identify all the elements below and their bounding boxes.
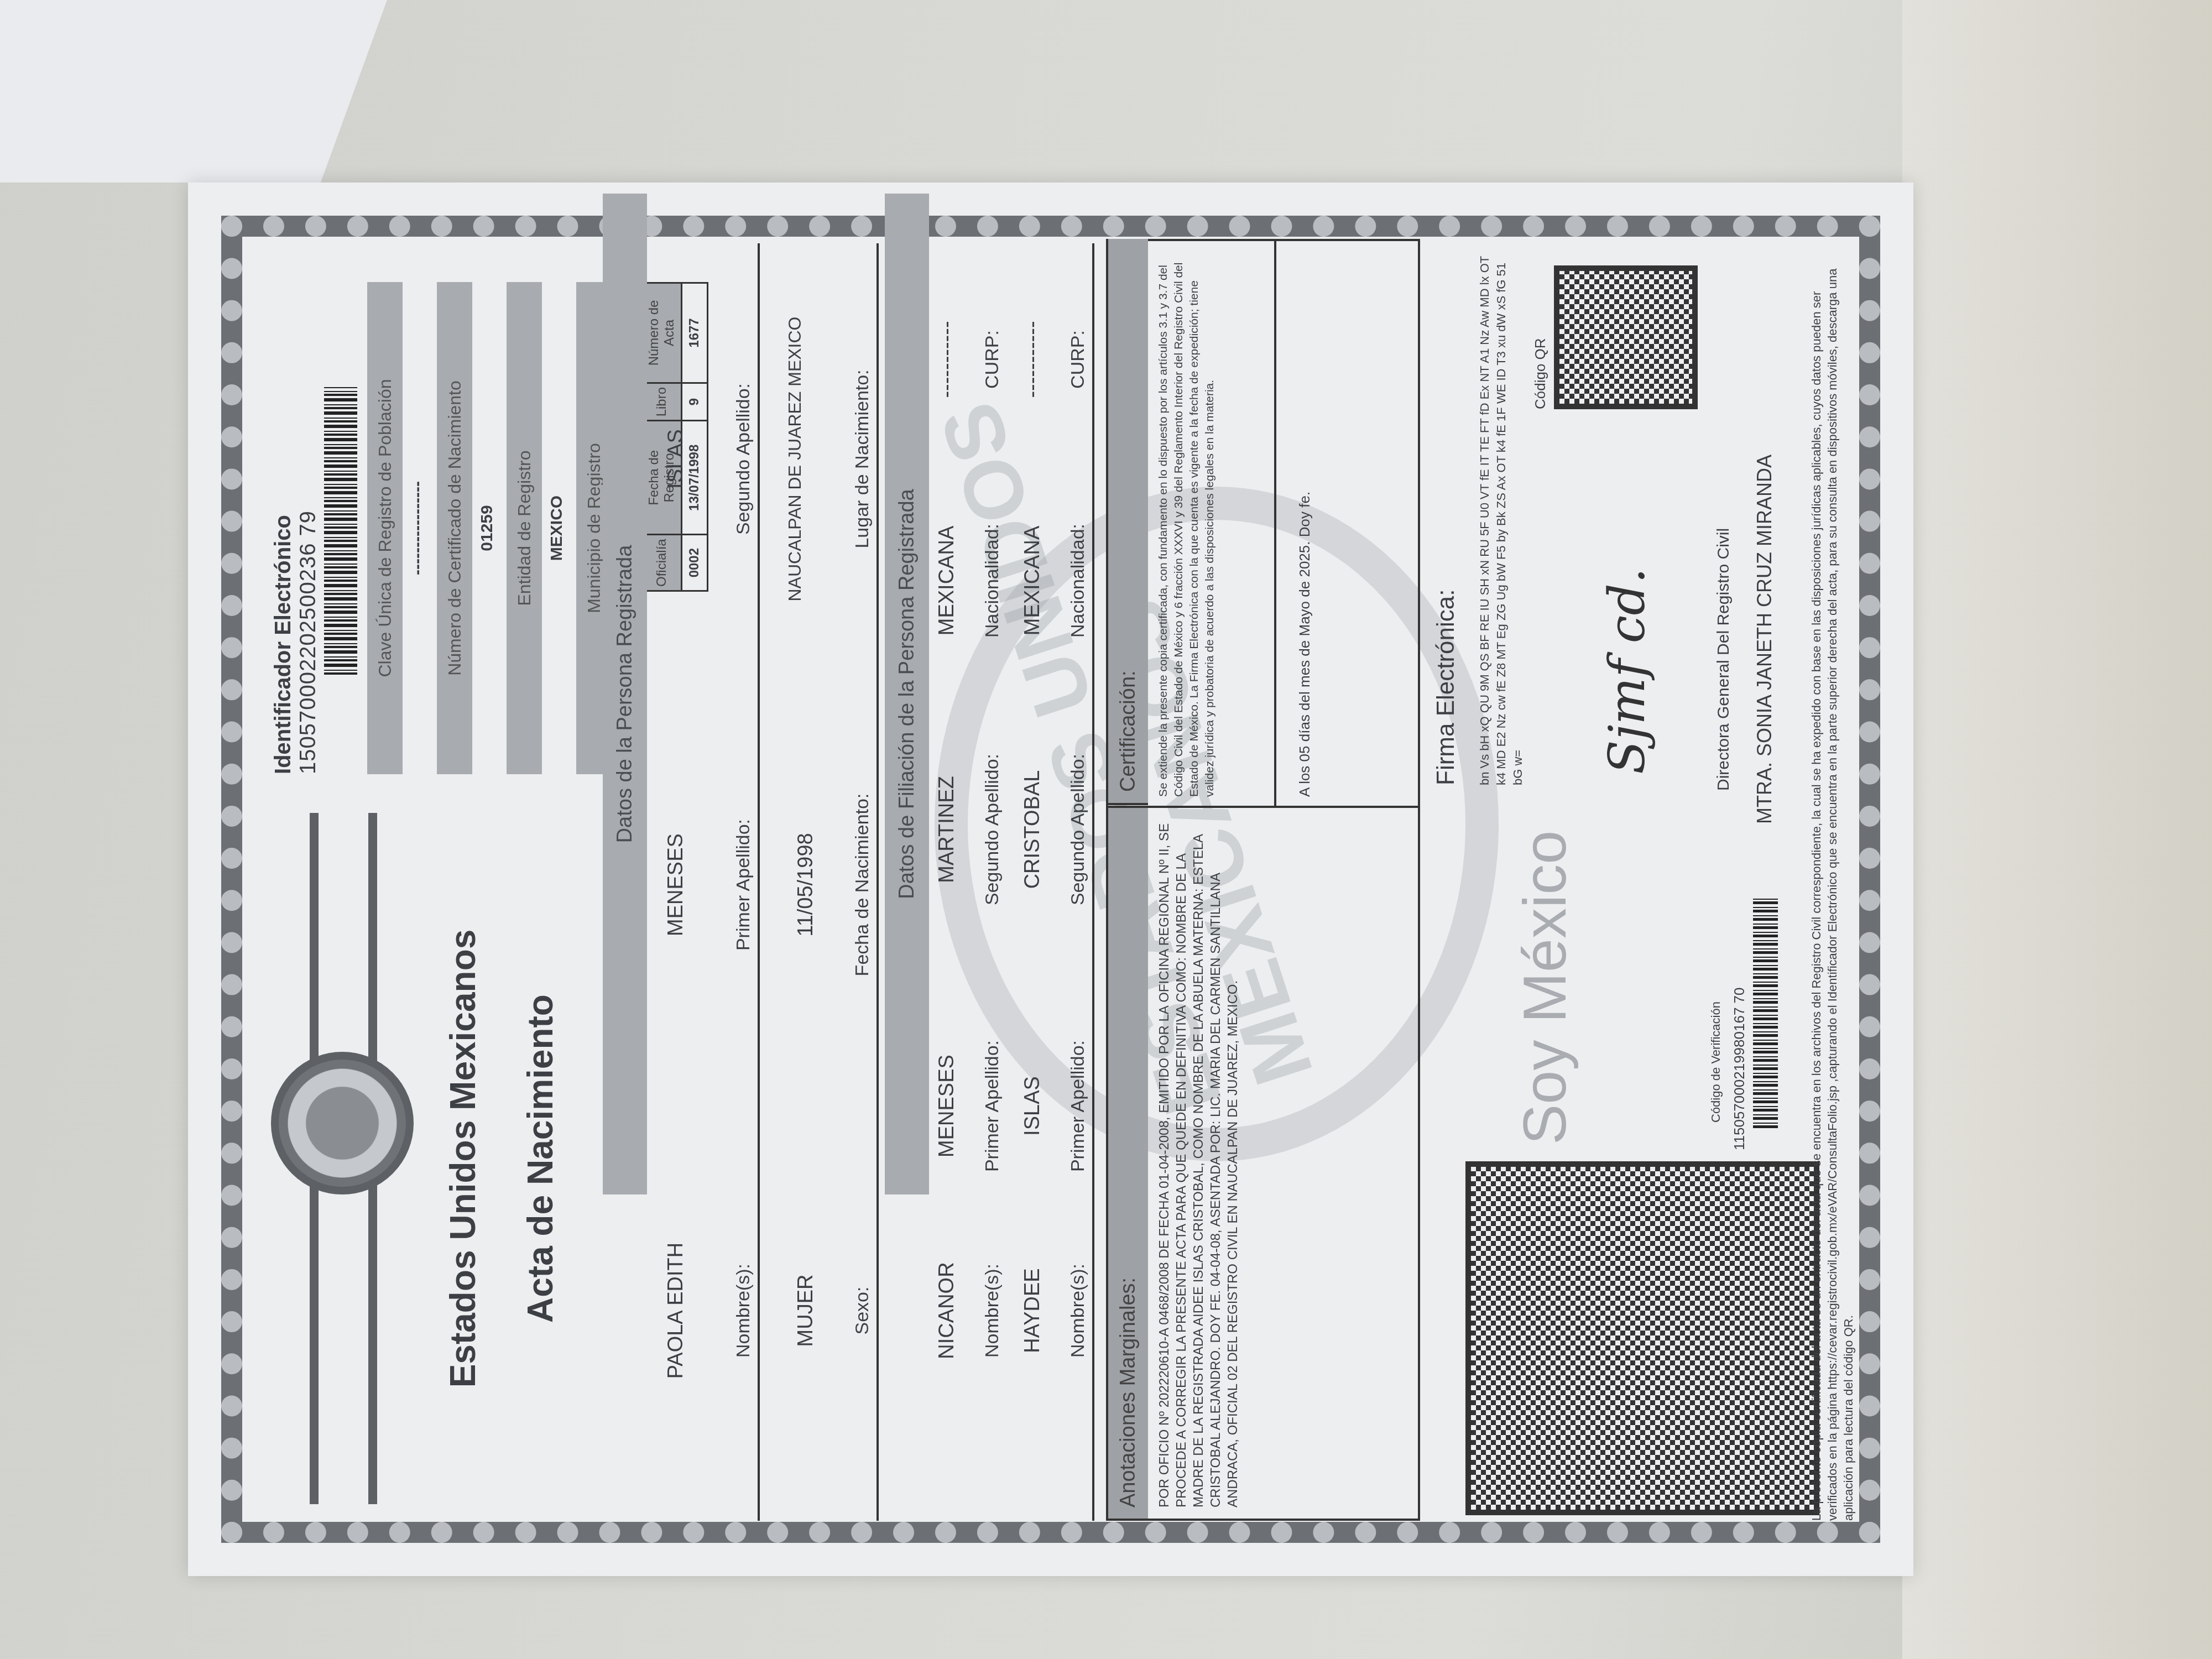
curp-label: Clave Única de Registro de Población [367, 282, 403, 774]
divider [1274, 241, 1276, 808]
madre-curp: ----------- [1020, 249, 1045, 470]
segundo-apellido-label: Segundo Apellido: [733, 249, 754, 669]
certificado-value: 01259 [478, 282, 497, 774]
identificador-label: Identificador Electrónico [271, 282, 296, 774]
madre-primer-apellido-label: Primer Apellido: [1067, 968, 1089, 1244]
certificado-label: Número de Certificado de Nacimiento [437, 282, 472, 774]
entidad-label: Entidad de Registro [507, 282, 542, 774]
persona-lugar-nacimiento: NAUCALPAN DE JUAREZ MEXICO [782, 249, 807, 669]
verificacion-label: Código de Verificación [1709, 1001, 1723, 1123]
primer-apellido-label: Primer Apellido: [733, 675, 754, 1095]
qr-code-small-icon [1554, 265, 1698, 409]
background-surface [1902, 0, 2212, 1659]
handwritten-signature: Sjmf cd. [1598, 498, 1687, 774]
qr-code-large-icon [1465, 1161, 1819, 1515]
certificacion-date: A los 05 días del mes de Mayo de 2025. D… [1296, 492, 1313, 797]
certificacion-label: Certificación: [1108, 239, 1148, 805]
background-paper-sheet [0, 0, 387, 182]
anotaciones-certificacion-box: Anotaciones Marginales: Certificación: P… [1106, 239, 1420, 1521]
firma-electronica-label: Firma Electrónica: [1432, 589, 1460, 785]
directora-title: Directora General Del Registro Civil [1714, 528, 1733, 791]
persona-section-header: Datos de la Persona Registrada [603, 194, 647, 1194]
persona-primer-apellido: MENESES [664, 675, 688, 1095]
barcode-icon [324, 387, 357, 675]
country-title: Estados Unidos Mexicanos [442, 813, 483, 1504]
madre-nacionalidad: MEXICANA [1020, 470, 1045, 691]
soy-mexico-brand: Soy México [1510, 830, 1580, 1145]
madre-nacionalidad-label: Nacionalidad: [1067, 470, 1089, 691]
firma-electronica-text: bn Vs bH xQ QU 9M QS BF RE IU SH xN RU 5… [1477, 254, 1526, 785]
document-title: Acta de Nacimiento [520, 813, 561, 1504]
madre-primer-apellido: ISLAS [1020, 968, 1045, 1244]
verificacion-barcode-icon [1753, 896, 1778, 1128]
madre-segundo-apellido-label: Segundo Apellido: [1067, 691, 1089, 968]
identificador-value: 150570002202500236 79 [296, 282, 321, 774]
footer-legal-text: La presente copia certificada del acta e… [1808, 232, 1856, 1521]
persona-segundo-apellido: ISLAS [664, 249, 688, 669]
anotaciones-text: POR OFICIO Nº 202220610-A 0468/2008 DE F… [1156, 822, 1241, 1507]
persona-names-row: PAOLA EDITHNombre(s): MENESESPrimer Apel… [653, 243, 760, 1521]
birth-certificate: Estados Unidos Mexicanos Acta de Nacimie… [188, 182, 1913, 1576]
certificacion-text: Se extiende la presente copia certificad… [1156, 255, 1218, 797]
national-seal-icon [271, 1052, 414, 1194]
madre-row: HAYDEENombre(s): ISLASPrimer Apellido: C… [1009, 243, 1094, 1521]
divider [1108, 806, 1418, 808]
madre-curp-label: CURP: [1067, 249, 1089, 470]
entidad-value: MEXICO [547, 282, 566, 774]
madre-segundo-apellido: CRISTOBAL [1020, 691, 1045, 968]
curp-value: ----------------- [408, 282, 427, 774]
verificacion-value: 115057000219980167 70 [1731, 988, 1748, 1151]
persona-nombre: PAOLA EDITH [664, 1100, 688, 1521]
directora-name: MTRA. SONIA JANETH CRUZ MIRANDA [1753, 455, 1776, 824]
codigo-qr-label: Código QR [1532, 338, 1549, 409]
nombre-label: Nombre(s): [733, 1100, 754, 1521]
anotaciones-label: Anotaciones Marginales: [1108, 808, 1148, 1519]
